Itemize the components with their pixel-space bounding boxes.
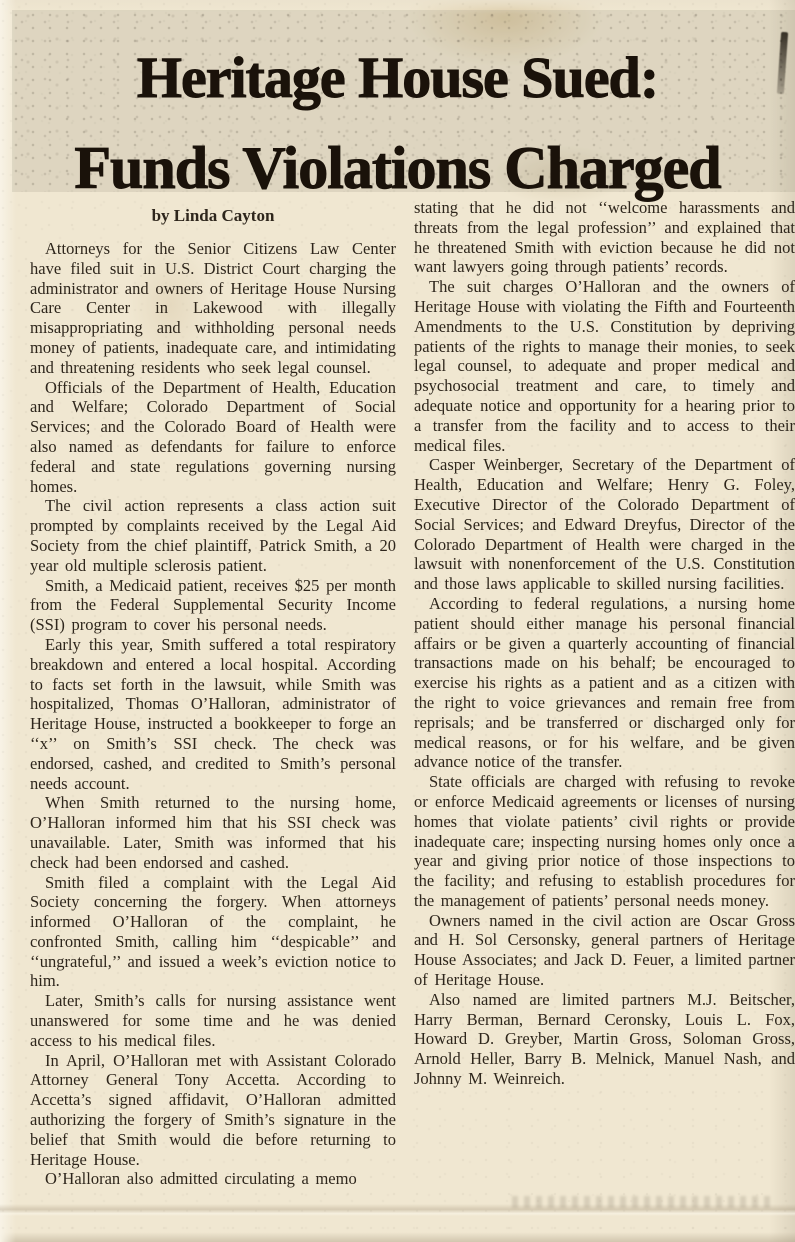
article-body: by Linda Cayton Attorneys for the Senior… <box>30 198 795 1189</box>
article-paragraph: Attorneys for the Senior Citizens Law Ce… <box>30 239 396 378</box>
article-paragraph: Also named are limited partners M.J. Bei… <box>414 990 795 1089</box>
article-paragraph: O’Halloran also admitted circulating a m… <box>30 1169 396 1189</box>
article-paragraph: When Smith returned to the nursing home,… <box>30 793 396 872</box>
article-paragraph: Casper Weinberger, Secretary of the Depa… <box>414 455 795 594</box>
article-paragraph: Smith filed a complaint with the Legal A… <box>30 873 396 992</box>
article-paragraph: The suit charges O’Halloran and the owne… <box>414 277 795 455</box>
article-paragraph: Smith, a Medicaid patient, receives $25 … <box>30 576 396 635</box>
byline: by Linda Cayton <box>30 206 396 226</box>
newspaper-clipping: Heritage House Sued: Funds Violations Ch… <box>0 0 795 1242</box>
article-paragraph: In April, O’Halloran met with Assistant … <box>30 1051 396 1170</box>
article-paragraph: Later, Smith’s calls for nursing assista… <box>30 991 396 1050</box>
article-column-left: by Linda Cayton Attorneys for the Senior… <box>30 198 396 1189</box>
article-paragraph: Early this year, Smith suffered a total … <box>30 635 396 793</box>
article-paragraph: Officials of the Department of Health, E… <box>30 378 396 497</box>
article-paragraph: According to federal regulations, a nurs… <box>414 594 795 772</box>
article-paragraph: State officials are charged with refusin… <box>414 772 795 911</box>
article-headline: Heritage House Sued: Funds Violations Ch… <box>0 21 795 215</box>
article-paragraph: The civil action represents a class acti… <box>30 496 396 575</box>
right-column-paragraphs: stating that he did not ‘‘welcome harass… <box>414 198 795 1089</box>
headline-line-1: Heritage House Sued: <box>0 35 795 121</box>
article-paragraph: stating that he did not ‘‘welcome harass… <box>414 198 795 277</box>
article-paragraph: Owners named in the civil action are Osc… <box>414 911 795 990</box>
article-column-right: stating that he did not ‘‘welcome harass… <box>414 198 795 1089</box>
left-column-paragraphs: Attorneys for the Senior Citizens Law Ce… <box>30 239 396 1189</box>
ink-bleed-smudge <box>512 1196 774 1208</box>
